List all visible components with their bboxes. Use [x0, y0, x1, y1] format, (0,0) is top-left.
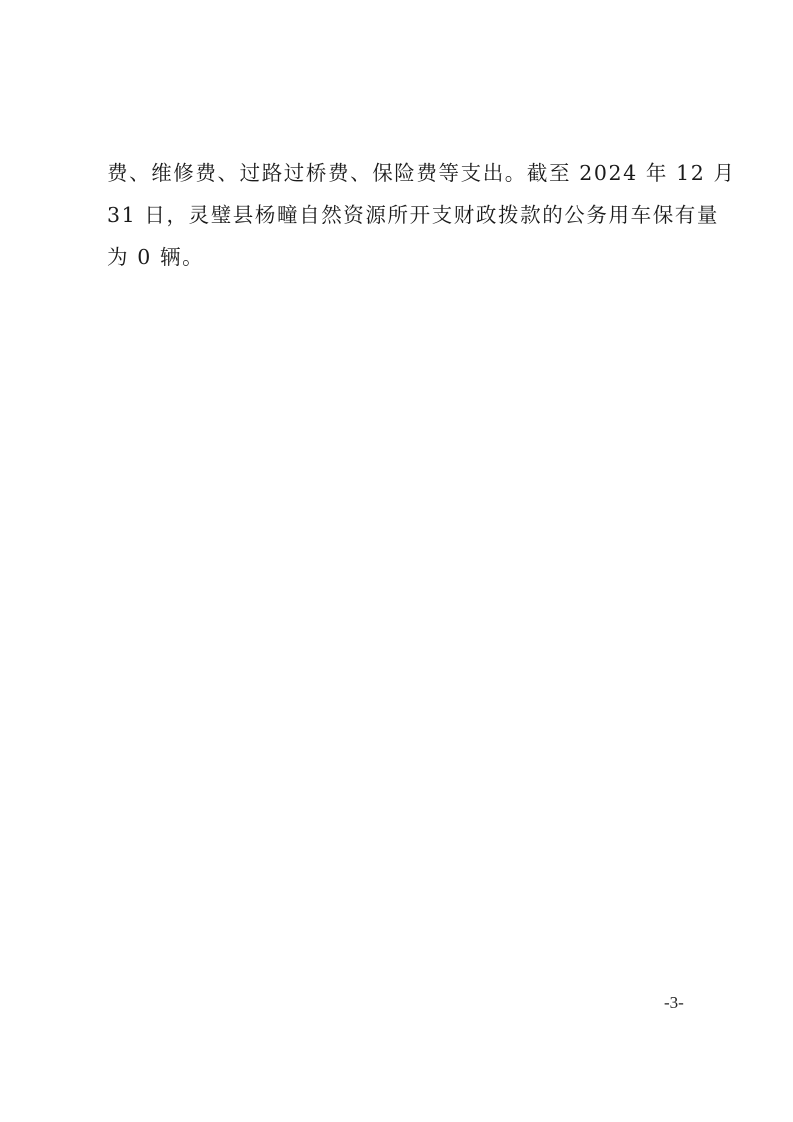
page-number: -3-	[664, 993, 684, 1013]
paragraph-line-3: 为 0 辆。	[107, 236, 707, 278]
paragraph-line-2: 31 日，灵璧县杨疃自然资源所开支财政拨款的公务用车保有量	[107, 194, 707, 236]
document-page: 费、维修费、过路过桥费、保险费等支出。截至 2024 年 12 月 31 日，灵…	[0, 0, 793, 1122]
body-paragraph: 费、维修费、过路过桥费、保险费等支出。截至 2024 年 12 月 31 日，灵…	[107, 152, 707, 278]
paragraph-line-1: 费、维修费、过路过桥费、保险费等支出。截至 2024 年 12 月	[107, 152, 707, 194]
